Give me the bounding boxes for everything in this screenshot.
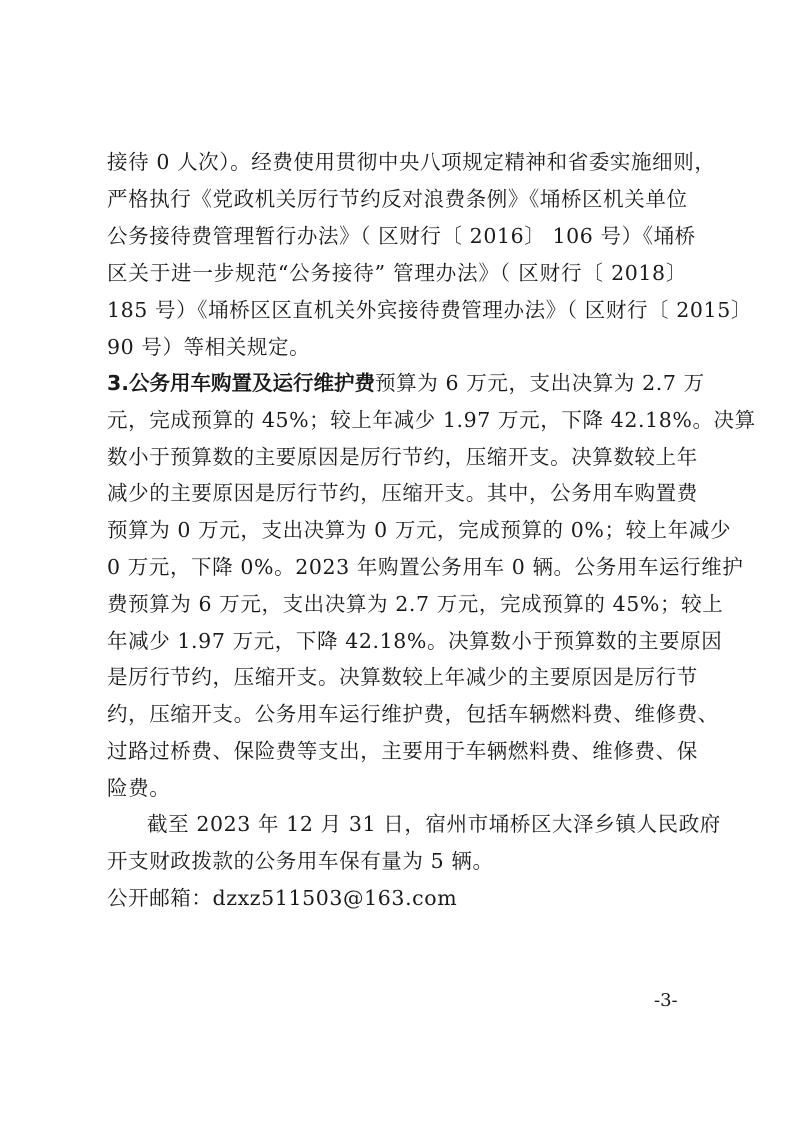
page-number: -3-	[654, 990, 678, 1011]
document-page: 接待 0 人次）。经费使用贯彻中央八项规定精神和省委实施细则， 严格执行《党政机…	[0, 0, 793, 1122]
section-3-heading: 3.公务用车购置及运行维护费	[107, 371, 375, 395]
section-3-first-line: 3.公务用车购置及运行维护费预算为 6 万元，支出决算为 2.7 万	[107, 368, 687, 398]
paragraph-line: 90 号）等相关规定。	[107, 332, 687, 362]
paragraph-line: 185 号）《埇桥区区直机关外宾接待费管理办法》（ 区财行〔 2015〕	[107, 295, 687, 325]
paragraph-line: 减少的主要原因是厉行节约，压缩开支。其中，公务用车购置费	[107, 478, 687, 508]
paragraph-line: 接待 0 人次）。经费使用贯彻中央八项规定精神和省委实施细则，	[107, 147, 687, 177]
paragraph-line: 约，压缩开支。公务用车运行维护费，包括车辆燃料费、维修费、	[107, 699, 687, 729]
paragraph-line: 元，完成预算的 45%；较上年减少 1.97 万元，下降 42.18%。决算	[107, 405, 687, 435]
paragraph-line: 是厉行节约，压缩开支。决算数较上年减少的主要原因是厉行节	[107, 662, 687, 692]
section-3-first-line-text: 预算为 6 万元，支出决算为 2.7 万	[375, 371, 705, 395]
public-email: 公开邮箱：dzxz511503@163.com	[107, 883, 687, 913]
paragraph-line: 险费。	[107, 773, 687, 803]
paragraph-line: 数小于预算数的主要原因是厉行节约，压缩开支。决算数较上年	[107, 442, 687, 472]
paragraph-line: 公务接待费管理暂行办法》（ 区财行〔 2016〕 106 号）《埇桥	[107, 221, 687, 251]
paragraph-line: 费预算为 6 万元，支出决算为 2.7 万元，完成预算的 45%；较上	[107, 589, 687, 619]
closing-line: 开支财政拨款的公务用车保有量为 5 辆。	[107, 846, 687, 876]
closing-line: 截至 2023 年 12 月 31 日，宿州市埇桥区大泽乡镇人民政府	[147, 809, 687, 839]
paragraph-line: 过路过桥费、保险费等支出，主要用于车辆燃料费、维修费、保	[107, 736, 687, 766]
paragraph-line: 区关于进一步规范“公务接待” 管理办法》（ 区财行〔 2018〕	[107, 258, 687, 288]
paragraph-line: 0 万元，下降 0%。2023 年购置公务用车 0 辆。公务用车运行维护	[107, 552, 687, 582]
paragraph-line: 年减少 1.97 万元，下降 42.18%。决算数小于预算数的主要原因	[107, 626, 687, 656]
paragraph-line: 严格执行《党政机关厉行节约反对浪费条例》《埇桥区机关单位	[107, 184, 687, 214]
paragraph-line: 预算为 0 万元，支出决算为 0 万元，完成预算的 0%；较上年减少	[107, 515, 687, 545]
